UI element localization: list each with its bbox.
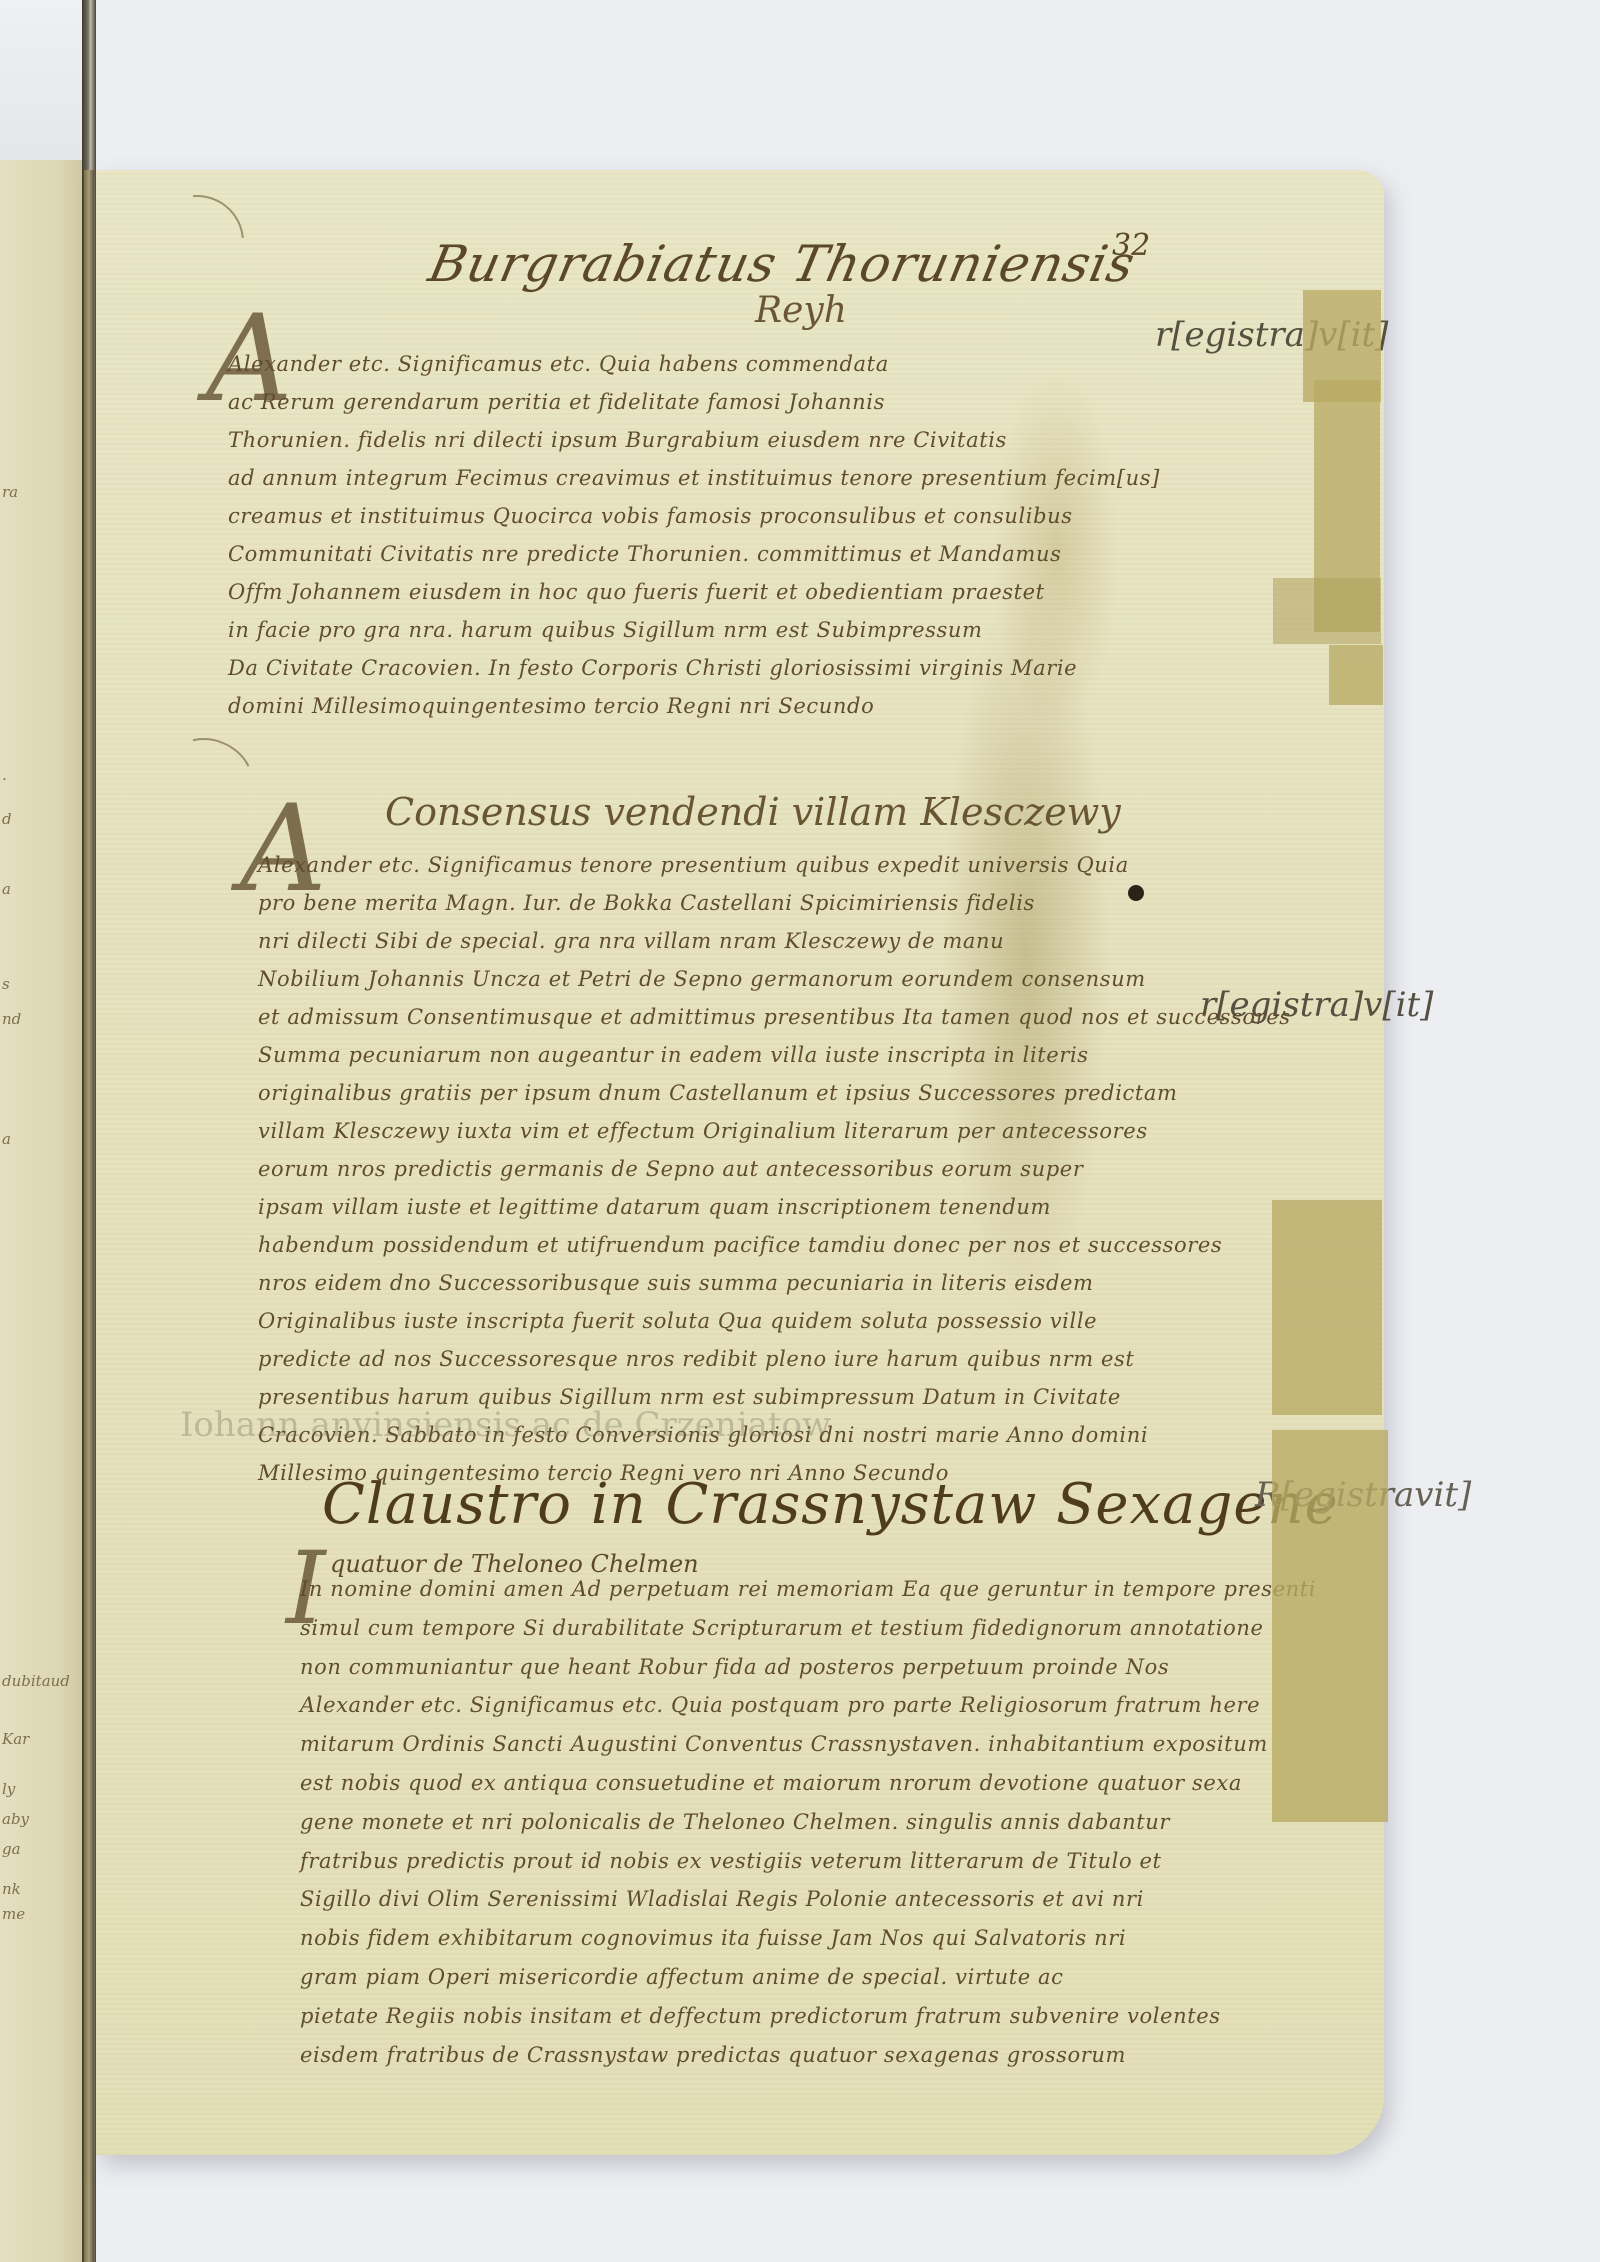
text-line: nros eidem dno Successoribusque suis sum… <box>258 1264 1291 1302</box>
text-line: domini Millesimoquingentesimo tercio Reg… <box>228 687 1160 725</box>
section-heading-consensus: Consensus vendendi villam Klesczewy <box>385 790 1121 834</box>
text-line: nobis fidem exhibitarum cognovimus ita f… <box>300 1919 1316 1958</box>
margin-note: d <box>2 810 12 828</box>
background-top-left <box>0 0 82 160</box>
text-line: gram piam Operi misericordie affectum an… <box>300 1958 1316 1997</box>
margin-note: nk <box>2 1880 21 1898</box>
text-line: eorum nros predictis germanis de Sepno a… <box>258 1150 1291 1188</box>
margin-note: nd <box>2 1010 21 1028</box>
text-line: In nomine domini amen Ad perpetuam rei m… <box>300 1570 1316 1609</box>
text-line: simul cum tempore Si durabilitate Script… <box>300 1609 1316 1648</box>
bleed-through-text: Iohann anvinsiensis ac de Crzeniatow <box>180 1405 831 1445</box>
tape-repair <box>1272 1430 1388 1822</box>
text-line: mitarum Ordinis Sancti Augustini Convent… <box>300 1725 1316 1764</box>
text-line: Thorunien. fidelis nri dilecti ipsum Bur… <box>228 421 1160 459</box>
text-line: Nobilium Johannis Uncza et Petri de Sepn… <box>258 960 1291 998</box>
text-line: gene monete et nri polonicalis de Thelon… <box>300 1803 1316 1842</box>
margin-note: s <box>2 975 10 993</box>
text-line: Da Civitate Cracovien. In festo Corporis… <box>228 649 1160 687</box>
text-line: nri dilecti Sibi de special. gra nra vil… <box>258 922 1291 960</box>
text-line: Originalibus iuste inscripta fuerit solu… <box>258 1302 1291 1340</box>
text-line: et admissum Consentimusque et admittimus… <box>258 998 1291 1036</box>
margin-note: a <box>2 1130 11 1148</box>
text-line: ac Rerum gerendarum peritia et fidelitat… <box>228 383 1160 421</box>
margin-note: Kar <box>2 1730 29 1748</box>
gutter-edge <box>84 170 94 2262</box>
section-2-body: Alexander etc. Significamus tenore prese… <box>258 846 1291 1492</box>
section-heading-burgrabiatus: Burgrabiatus Thoruniensis <box>424 235 1141 293</box>
margin-note: ra <box>2 483 18 501</box>
left-page-margin-notes: ra·dasndadubitaudKarlyabygankme <box>0 158 82 2262</box>
text-line: pietate Regiis nobis insitam et deffectu… <box>300 1997 1316 2036</box>
text-line: est nobis quod ex antiqua consuetudine e… <box>300 1764 1316 1803</box>
tape-repair <box>1272 1200 1382 1415</box>
text-line: Sigillo divi Olim Serenissimi Wladislai … <box>300 1880 1316 1919</box>
text-line: originalibus gratiis per ipsum dnum Cast… <box>258 1074 1291 1112</box>
text-line: Alexander etc. Significamus etc. Quia ha… <box>228 345 1160 383</box>
text-line: Summa pecuniarum non augeantur in eadem … <box>258 1036 1291 1074</box>
folio-number: 32 <box>1112 228 1150 263</box>
text-line: Offm Johannem eiusdem in hoc quo fueris … <box>228 573 1160 611</box>
previous-page-edge: ra·dasndadubitaudKarlyabygankme <box>0 158 82 2262</box>
text-line: habendum possidendum et utifruendum paci… <box>258 1226 1291 1264</box>
margin-note: ga <box>2 1840 21 1858</box>
margin-note: a <box>2 880 11 898</box>
text-line: villam Klesczewy iuxta vim et effectum O… <box>258 1112 1291 1150</box>
margin-note: me <box>2 1905 25 1923</box>
text-line: eisdem fratribus de Crassnystaw predicta… <box>300 2036 1316 2075</box>
text-line: creamus et instituimus Quocirca vobis fa… <box>228 497 1160 535</box>
text-line: in facie pro gra nra. harum quibus Sigil… <box>228 611 1160 649</box>
text-line: fratribus predictis prout id nobis ex ve… <box>300 1842 1316 1881</box>
section-heading-claustro: Claustro in Crassnystaw Sexagene <box>322 1472 1339 1537</box>
margin-note: · <box>2 770 7 788</box>
text-line: predicte ad nos Successoresque nros redi… <box>258 1340 1291 1378</box>
text-line: ipsam villam iuste et legittime datarum … <box>258 1188 1291 1226</box>
heading-addition: Reyh <box>755 290 847 331</box>
section-3-body: In nomine domini amen Ad perpetuam rei m… <box>300 1570 1316 2074</box>
margin-note: aby <box>2 1810 29 1828</box>
tape-repair <box>1329 645 1383 705</box>
section-1-body: Alexander etc. Significamus etc. Quia ha… <box>228 345 1160 725</box>
text-line: Alexander etc. Significamus tenore prese… <box>258 846 1291 884</box>
margin-note: dubitaud <box>2 1672 70 1690</box>
text-line: ad annum integrum Fecimus creavimus et i… <box>228 459 1160 497</box>
text-line: non communiantur que heant Robur fida ad… <box>300 1648 1316 1687</box>
tape-repair <box>1273 578 1381 644</box>
margin-note: ly <box>2 1780 15 1798</box>
text-line: Communitati Civitatis nre predicte Thoru… <box>228 535 1160 573</box>
text-line: pro bene merita Magn. Iur. de Bokka Cast… <box>258 884 1291 922</box>
text-line: Alexander etc. Significamus etc. Quia po… <box>300 1686 1316 1725</box>
